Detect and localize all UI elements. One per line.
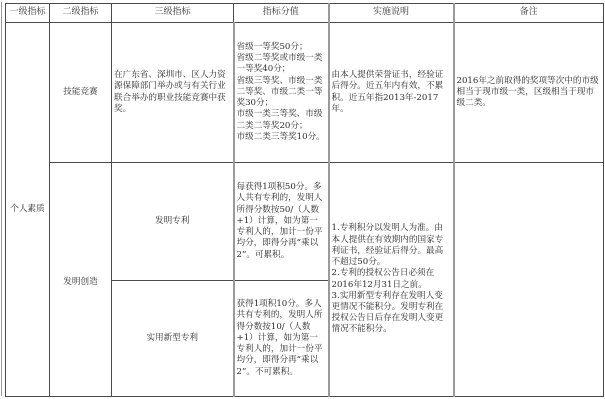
cell-level3-invention-patent: 发明专利 <box>112 163 234 281</box>
cell-score-utility-model: 获得1项积10分。多人共有专利的，发明人所得分数按10/（人数+1）计算，如为第… <box>234 281 329 397</box>
table-row-skills: 个人素质 技能竞赛 在广东省、深圳市、区人力资源保障部门举办或与有关行业联合举办… <box>6 23 604 163</box>
score-line: 省级三等奖、市级一类二等奖、市级二类一等奖30分； <box>237 76 326 110</box>
cell-level3-utility-model: 实用新型专利 <box>112 281 234 397</box>
implementation-note-3: 3.实用新型专利存在发明人变更情况不能积分。发明专利在授权公告日后存在发明人变更… <box>332 291 451 336</box>
header-level1: 一级指标 <box>6 4 50 23</box>
cell-remarks-invention <box>454 163 604 397</box>
cell-implementation-invention: 1.专利积分以发明人为准。由本人提供在有效期内的国家专利证书，经验证后得分。最高… <box>329 163 454 397</box>
cell-score-skills: 省级一等奖50分； 省级二等奖或市级一类一等奖40分； 省级三等奖、市级一类二等… <box>234 23 329 163</box>
score-line: 市级一类三等奖、市级二类二等奖20分； <box>237 109 326 131</box>
cell-level3-skills-description: 在广东省、深圳市、区人力资源保障部门举办或与有关行业联合举办的职业技能竞赛中获奖… <box>112 23 234 163</box>
cell-score-invention-patent: 每获得1项积50分。多人共有专利的，发明人所得分数按50/（人数+1）计算，如为… <box>234 163 329 281</box>
header-remarks: 备注 <box>454 4 604 23</box>
header-level3: 三级指标 <box>112 4 234 23</box>
page-left-border <box>1 2 2 396</box>
header-level2: 二级指标 <box>50 4 112 23</box>
level2-invention-label: 发明创造 <box>63 277 97 287</box>
implementation-note-1: 1.专利积分以发明人为准。由本人提供在有效期内的国家专利证书，经验证后得分。最高… <box>332 223 451 268</box>
table-row-invention-patent: 发明创造 发明专利 每获得1项积50分。多人共有专利的，发明人所得分数按50/（… <box>6 163 604 281</box>
cell-level2-invention: 发明创造 <box>50 163 112 397</box>
points-criteria-table: 一级指标 二级指标 三级指标 指标分值 实施说明 备注 个人素质 技能竞赛 在广… <box>5 3 604 397</box>
header-implementation: 实施说明 <box>329 4 454 23</box>
header-score: 指标分值 <box>234 4 329 23</box>
score-line: 市级二类三等奖10分。 <box>237 132 326 143</box>
score-line: 省级一等奖50分； <box>237 42 326 53</box>
header-row: 一级指标 二级指标 三级指标 指标分值 实施说明 备注 <box>6 4 604 23</box>
cell-level2-skills-competition: 技能竞赛 <box>50 23 112 163</box>
implementation-note-2: 2.专利的授权公告日必须在2016年12月31日之前。 <box>332 268 451 290</box>
score-line: 省级二等奖或市级一类一等奖40分； <box>237 53 326 75</box>
cell-level1-personal-quality: 个人素质 <box>6 23 50 397</box>
cell-remarks-skills: 2016年之前取得的奖项等次中的市级相当于现市级一类，区级相当于现市级二类。 <box>454 23 604 163</box>
cell-implementation-skills: 由本人提供荣誉证书，经验证后得分。近五年内有效，不累积。近五年指2013年-20… <box>329 23 454 163</box>
